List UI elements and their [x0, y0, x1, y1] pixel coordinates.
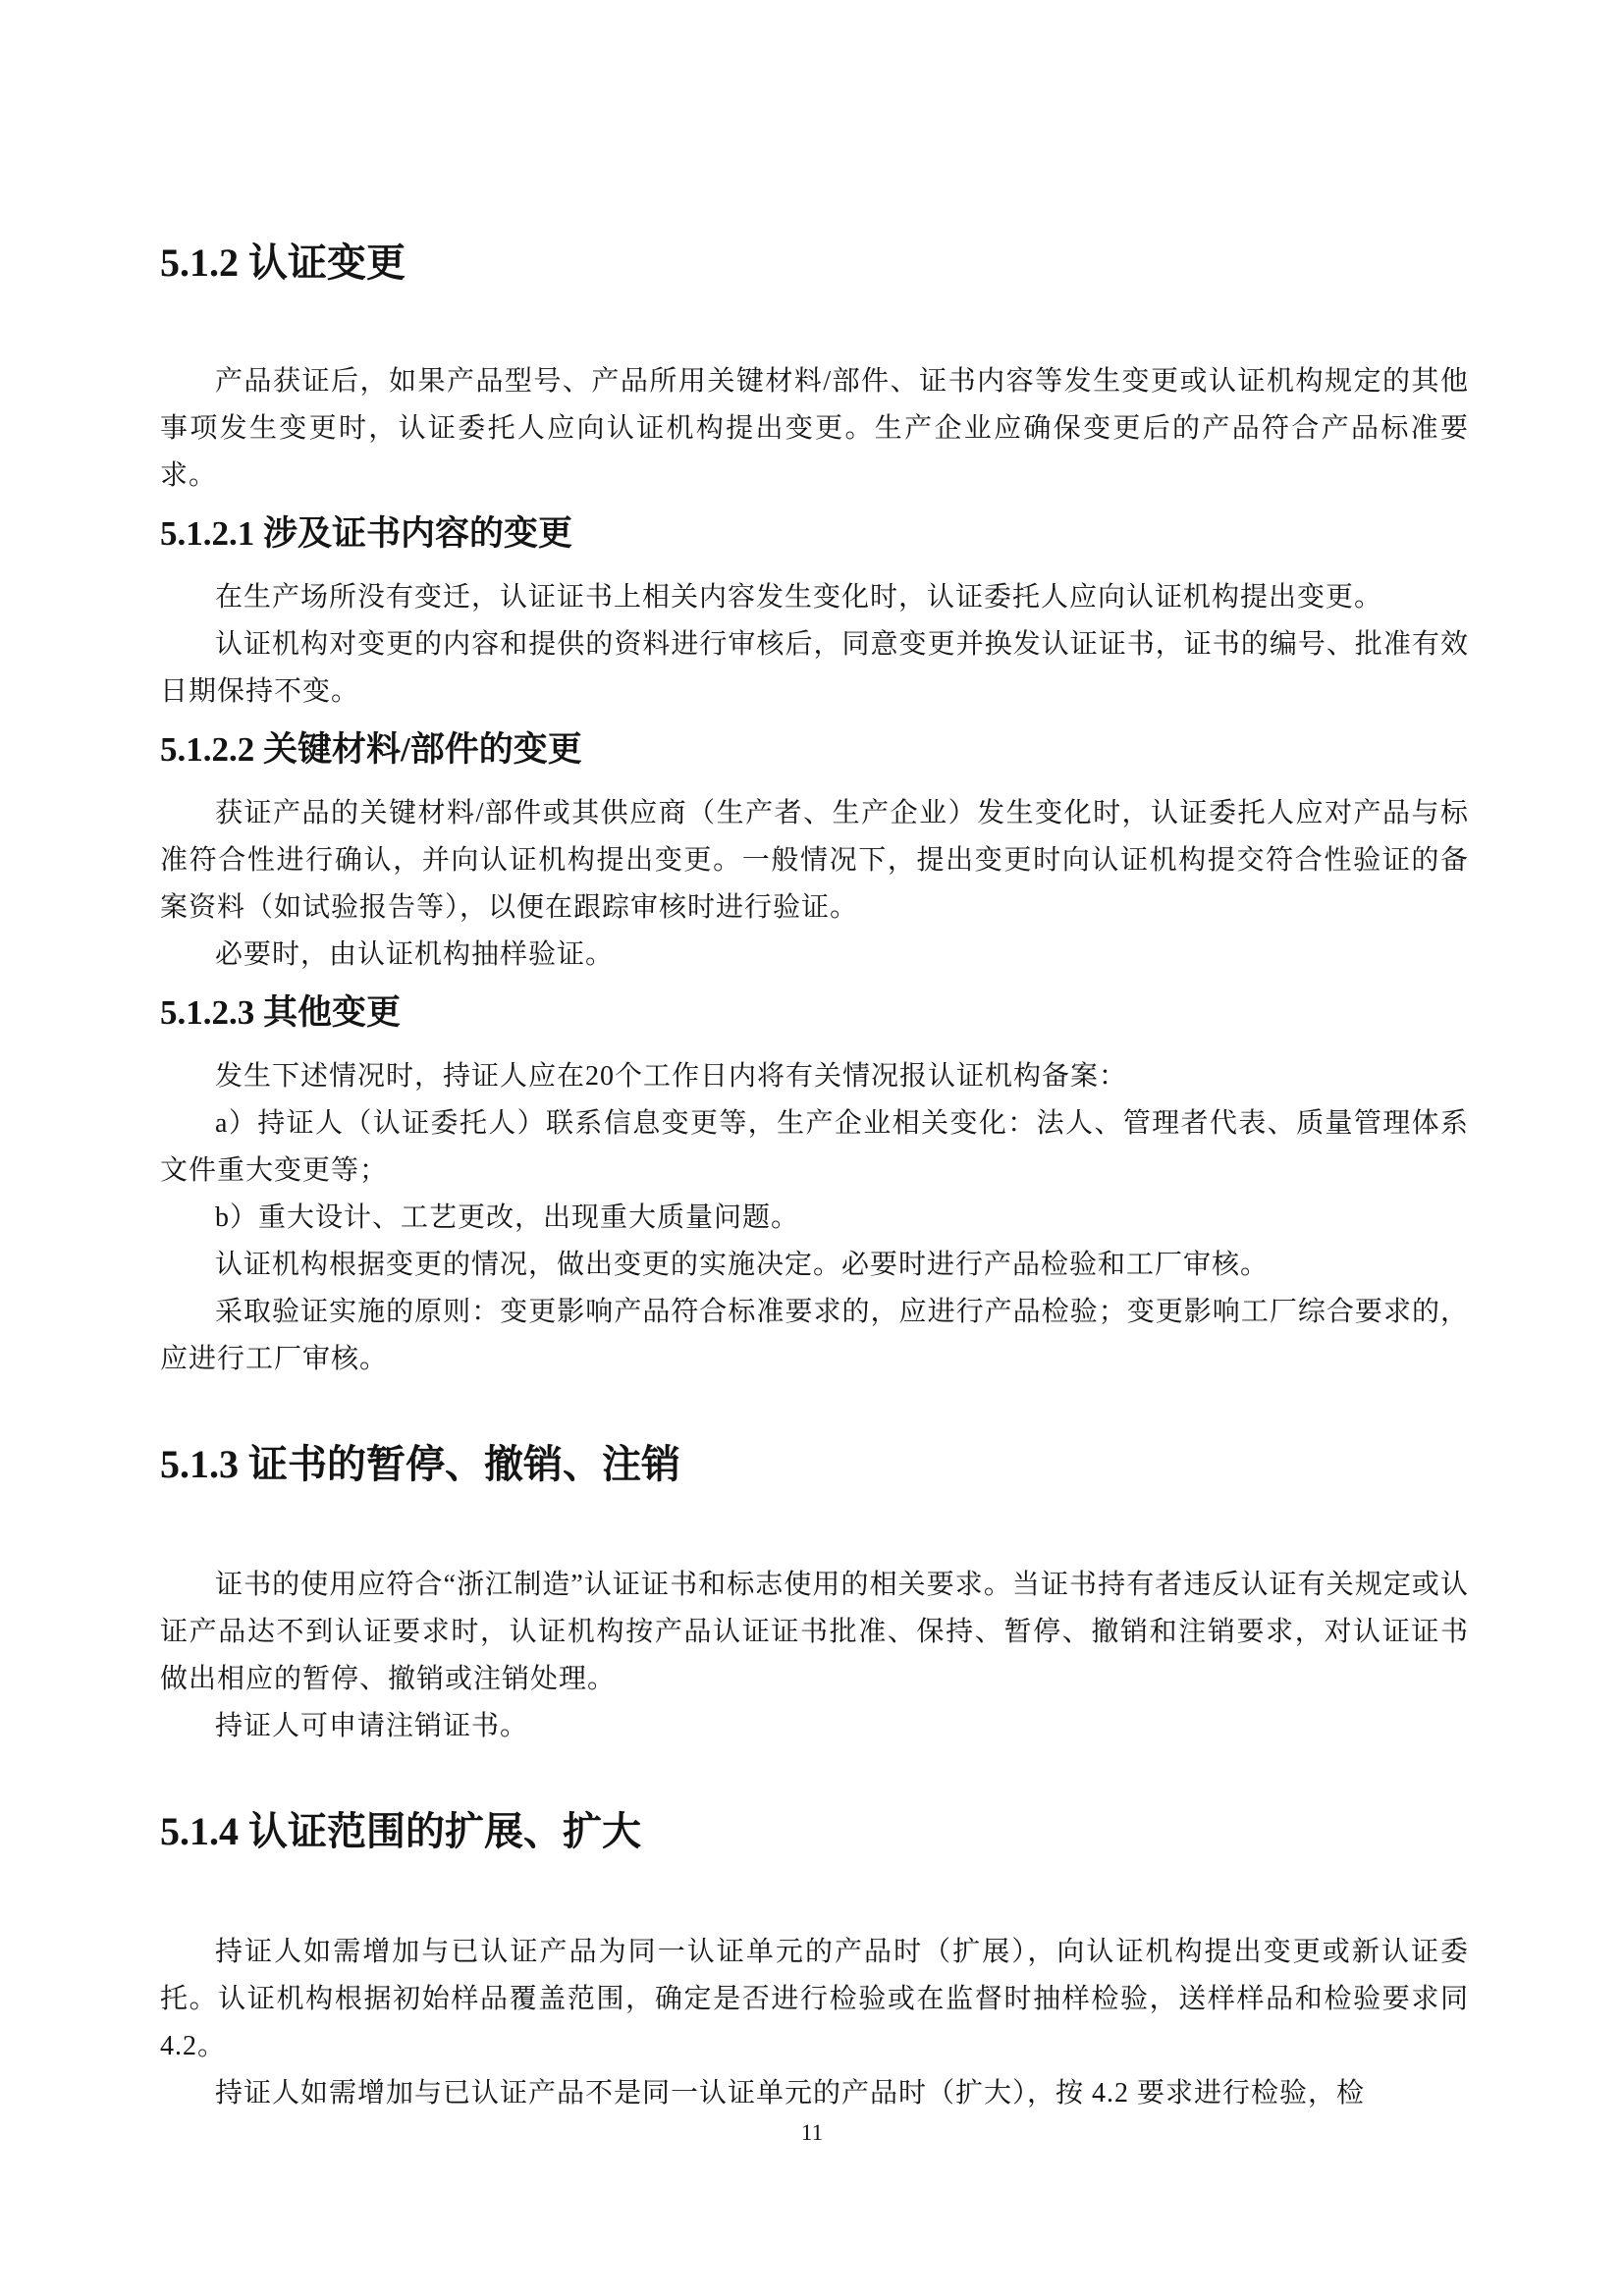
paragraph: 必要时，由认证机构抽样验证。	[160, 932, 1469, 979]
paragraph: 持证人如需增加与已认证产品为同一认证单元的产品时（扩展），向认证机构提出变更或新…	[160, 1929, 1469, 2070]
paragraph: 认证机构根据变更的情况，做出变更的实施决定。必要时进行产品检验和工厂审核。	[160, 1242, 1469, 1289]
heading-5-1-2-3: 5.1.2.3 其他变更	[160, 990, 1469, 1036]
heading-5-1-3: 5.1.3 证书的暂停、撤销、注销	[160, 1440, 1469, 1489]
heading-5-1-2: 5.1.2 认证变更	[160, 239, 1469, 288]
document-page: 5.1.2 认证变更 产品获证后，如果产品型号、产品所用关键材料/部件、证书内容…	[0, 0, 1624, 2296]
paragraph: b）重大设计、工艺更改，出现重大质量问题。	[160, 1195, 1469, 1242]
paragraph: 证书的使用应符合“浙江制造”认证证书和标志使用的相关要求。当证书持有者违反认证有…	[160, 1562, 1469, 1703]
paragraph: 认证机构对变更的内容和提供的资料进行审核后，同意变更并换发认证证书，证书的编号、…	[160, 621, 1469, 716]
paragraph: 采取验证实施的原则：变更影响产品符合标准要求的，应进行产品检验；变更影响工厂综合…	[160, 1289, 1469, 1383]
paragraph: 持证人如需增加与已认证产品不是同一认证单元的产品时（扩大），按 4.2 要求进行…	[160, 2070, 1469, 2117]
paragraph: 在生产场所没有变迁，认证证书上相关内容发生变化时，认证委托人应向认证机构提出变更…	[160, 574, 1469, 621]
paragraph: 获证产品的关键材料/部件或其供应商（生产者、生产企业）发生变化时，认证委托人应对…	[160, 790, 1469, 932]
page-number: 11	[0, 2118, 1624, 2148]
paragraph: 持证人可申请注销证书。	[160, 1703, 1469, 1750]
paragraph: 产品获证后，如果产品型号、产品所用关键材料/部件、证书内容等发生变更或认证机构规…	[160, 358, 1469, 500]
paragraph: 发生下述情况时，持证人应在20个工作日内将有关情况报认证机构备案：	[160, 1053, 1469, 1100]
heading-5-1-2-2: 5.1.2.2 关键材料/部件的变更	[160, 727, 1469, 773]
paragraph: a）持证人（认证委托人）联系信息变更等，生产企业相关变化：法人、管理者代表、质量…	[160, 1100, 1469, 1195]
heading-5-1-4: 5.1.4 认证范围的扩展、扩大	[160, 1807, 1469, 1856]
heading-5-1-2-1: 5.1.2.1 涉及证书内容的变更	[160, 511, 1469, 557]
